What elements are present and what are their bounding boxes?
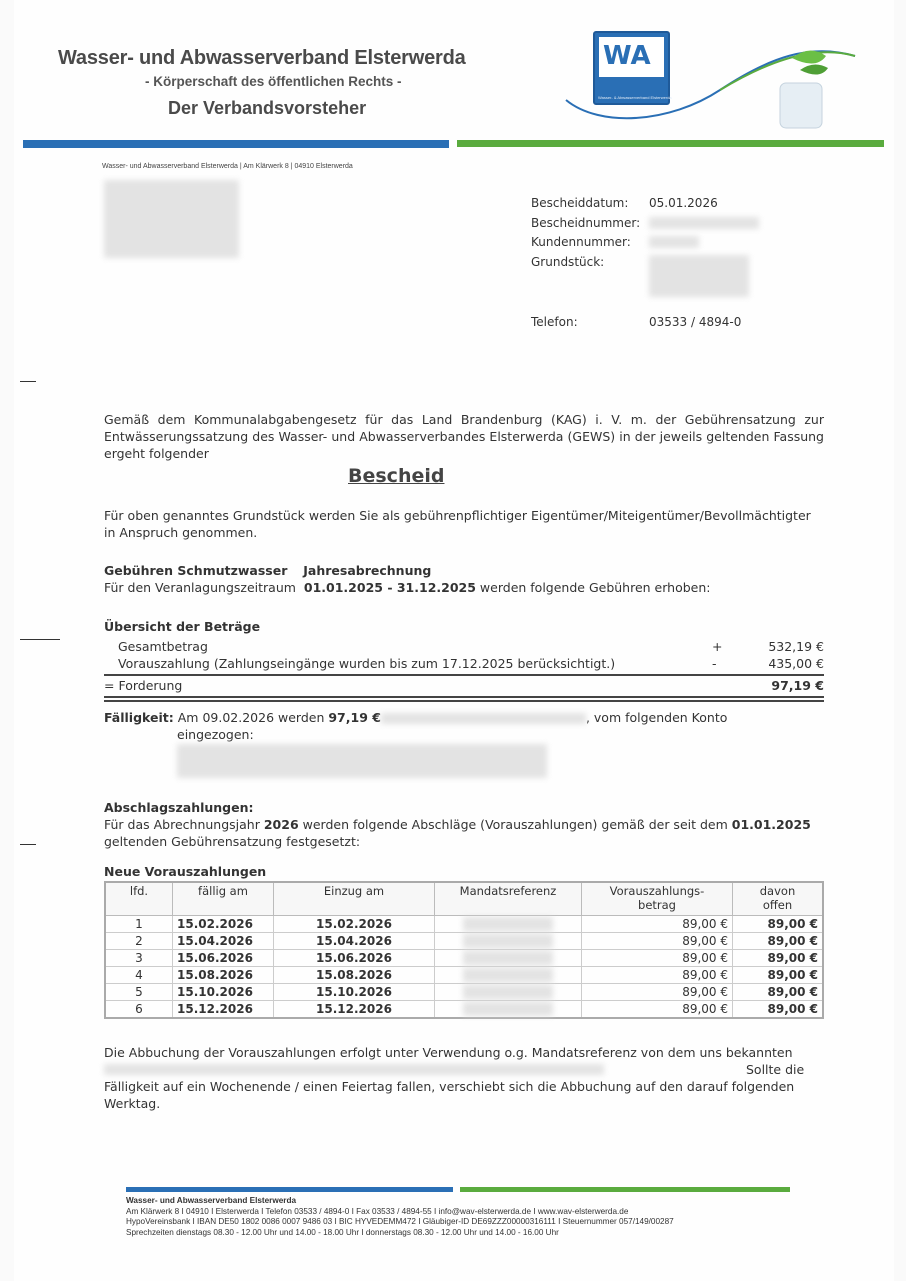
meta-label-number: Bescheidnummer: xyxy=(531,216,640,230)
closing-line-1: Die Abbuchung der Vorauszahlungen erfolg… xyxy=(104,1044,824,1061)
punch-mark xyxy=(20,639,60,640)
footer-bar-blue xyxy=(126,1187,453,1192)
sender-address-line: Wasser- und Abwasserverband Elsterwerda … xyxy=(102,163,353,170)
cell-open: 89,00 € xyxy=(733,933,824,950)
summary-double-underline xyxy=(104,696,824,698)
summary-row-claim: = Forderung 97,19 € xyxy=(104,678,824,693)
cell-nr: 4 xyxy=(105,967,173,984)
cell-due: 15.04.2026 xyxy=(173,933,274,950)
prepayments-table: lfd. fällig am Einzug am Mandatsreferenz… xyxy=(104,881,824,1019)
mandate-redacted xyxy=(463,985,553,999)
cell-collect: 15.08.2026 xyxy=(274,967,435,984)
table-title: Neue Vorauszahlungen xyxy=(104,863,266,880)
meta-label-phone: Telefon: xyxy=(531,315,578,329)
cell-open: 89,00 € xyxy=(733,984,824,1001)
footer-contact: Am Klärwerk 8 I 04910 I Elsterwerda I Te… xyxy=(126,1207,674,1218)
cell-due: 15.08.2026 xyxy=(173,967,274,984)
table-row: 615.12.202615.12.202689,00 €89,00 € xyxy=(105,1001,823,1019)
footer-hours: Sprechzeiten dienstags 08.30 - 12.00 Uhr… xyxy=(126,1228,674,1239)
footer-bank: HypoVereinsbank I IBAN DE50 1802 0086 00… xyxy=(126,1217,674,1228)
organization-role: Der Verbandsvorsteher xyxy=(168,98,366,119)
meta-value-property-redacted xyxy=(649,255,749,297)
recipient-address-redacted xyxy=(104,180,239,258)
col-due: fällig am xyxy=(173,882,274,916)
footer-bar-green xyxy=(460,1187,790,1192)
assessment-period: Für den Veranlagungszeitraum 01.01.2025 … xyxy=(104,579,824,596)
summary-double-underline-2 xyxy=(104,700,824,702)
cell-amount: 89,00 € xyxy=(582,967,733,984)
cell-mandate xyxy=(435,916,582,933)
fees-heading: Gebühren Schmutzwasser Jahresabrechnung xyxy=(104,562,824,579)
col-open: davon offen xyxy=(733,882,824,916)
header-bar-blue xyxy=(23,140,449,148)
cell-amount: 89,00 € xyxy=(582,984,733,1001)
meta-value-phone: 03533 / 4894-0 xyxy=(649,315,741,329)
due-collected-text: eingezogen: xyxy=(177,726,254,743)
bank-account-redacted xyxy=(177,744,547,778)
meta-label-customer: Kundennummer: xyxy=(531,235,631,249)
cell-open: 89,00 € xyxy=(733,967,824,984)
cell-collect: 15.12.2026 xyxy=(274,1001,435,1019)
document-title: Bescheid xyxy=(348,465,444,487)
summary-heading: Übersicht der Beträge xyxy=(104,618,260,635)
creditor-redacted xyxy=(381,713,586,724)
table-row: 415.08.202615.08.202689,00 €89,00 € xyxy=(105,967,823,984)
mandate-redacted xyxy=(463,968,553,982)
cell-mandate xyxy=(435,950,582,967)
cell-nr: 6 xyxy=(105,1001,173,1019)
cell-nr: 5 xyxy=(105,984,173,1001)
summary-row-prepayment: Vorauszahlung (Zahlungseingänge wurden b… xyxy=(104,656,824,671)
cell-collect: 15.06.2026 xyxy=(274,950,435,967)
cell-amount: 89,00 € xyxy=(582,950,733,967)
cell-mandate xyxy=(435,984,582,1001)
obligation-text: Für oben genanntes Grundstück werden Sie… xyxy=(104,507,824,541)
meta-value-customer-redacted xyxy=(649,236,699,248)
organization-subtitle: - Körperschaft des öffentlichen Rechts - xyxy=(145,74,402,89)
fold-mark xyxy=(20,844,36,845)
installments-heading: Abschlagszahlungen: xyxy=(104,799,254,816)
meta-label-date: Bescheiddatum: xyxy=(531,196,628,210)
col-mandate: Mandatsreferenz xyxy=(435,882,582,916)
cell-amount: 89,00 € xyxy=(582,933,733,950)
cell-due: 15.02.2026 xyxy=(173,916,274,933)
installments-text-2: geltenden Gebührensatzung festgesetzt: xyxy=(104,833,360,850)
col-collect: Einzug am xyxy=(274,882,435,916)
intro-text: Gemäß dem Kommunalabgabengesetz für das … xyxy=(104,411,824,462)
cell-due: 15.12.2026 xyxy=(173,1001,274,1019)
table-row: 515.10.202615.10.202689,00 €89,00 € xyxy=(105,984,823,1001)
installments-text: Für das Abrechnungsjahr 2026 werden folg… xyxy=(104,816,824,833)
cell-mandate xyxy=(435,967,582,984)
cell-nr: 3 xyxy=(105,950,173,967)
cell-mandate xyxy=(435,1001,582,1019)
mandate-redacted xyxy=(463,917,553,931)
cell-mandate xyxy=(435,933,582,950)
table-header-row: lfd. fällig am Einzug am Mandatsreferenz… xyxy=(105,882,823,916)
cell-collect: 15.10.2026 xyxy=(274,984,435,1001)
closing-line-2: Sollte die xyxy=(746,1061,804,1078)
cell-collect: 15.04.2026 xyxy=(274,933,435,950)
closing-line-3: Fälligkeit auf ein Wochenende / einen Fe… xyxy=(104,1078,814,1112)
cell-open: 89,00 € xyxy=(733,916,824,933)
table-row: 215.04.202615.04.202689,00 €89,00 € xyxy=(105,933,823,950)
document-meta: Bescheiddatum: 05.01.2026 Bescheidnummer… xyxy=(531,196,831,336)
cell-nr: 2 xyxy=(105,933,173,950)
due-line: Fälligkeit: Am 09.02.2026 werden 97,19 €… xyxy=(104,709,824,726)
cell-nr: 1 xyxy=(105,916,173,933)
organization-name: Wasser- und Abwasserverband Elsterwerda xyxy=(58,47,466,70)
summary-row-total: Gesamtbetrag + 532,19 € xyxy=(104,639,824,654)
cell-amount: 89,00 € xyxy=(582,916,733,933)
header-bar-green xyxy=(457,140,884,147)
mandate-redacted xyxy=(463,934,553,948)
cell-collect: 15.02.2026 xyxy=(274,916,435,933)
col-amount: Vorauszahlungs- betrag xyxy=(582,882,733,916)
footer-name: Wasser- und Abwasserverband Elsterwerda xyxy=(126,1196,674,1207)
table-row: 315.06.202615.06.202689,00 €89,00 € xyxy=(105,950,823,967)
cell-due: 15.10.2026 xyxy=(173,984,274,1001)
table-row: 115.02.202615.02.202689,00 €89,00 € xyxy=(105,916,823,933)
cell-due: 15.06.2026 xyxy=(173,950,274,967)
mandate-redacted xyxy=(463,951,553,965)
account-holder-redacted xyxy=(104,1064,604,1075)
footer: Wasser- und Abwasserverband Elsterwerda … xyxy=(126,1196,674,1238)
fold-mark xyxy=(20,381,36,382)
meta-label-property: Grundstück: xyxy=(531,255,604,269)
cell-amount: 89,00 € xyxy=(582,1001,733,1019)
wa-logo-icon: WA Wasser- & Abwasserverband Elsterwerda xyxy=(593,31,670,105)
meta-value-number-redacted xyxy=(649,217,759,229)
mandate-redacted xyxy=(463,1002,553,1016)
col-nr: lfd. xyxy=(105,882,173,916)
cell-open: 89,00 € xyxy=(733,950,824,967)
meta-value-date: 05.01.2026 xyxy=(649,196,718,210)
cell-open: 89,00 € xyxy=(733,1001,824,1019)
summary-divider xyxy=(104,674,824,676)
